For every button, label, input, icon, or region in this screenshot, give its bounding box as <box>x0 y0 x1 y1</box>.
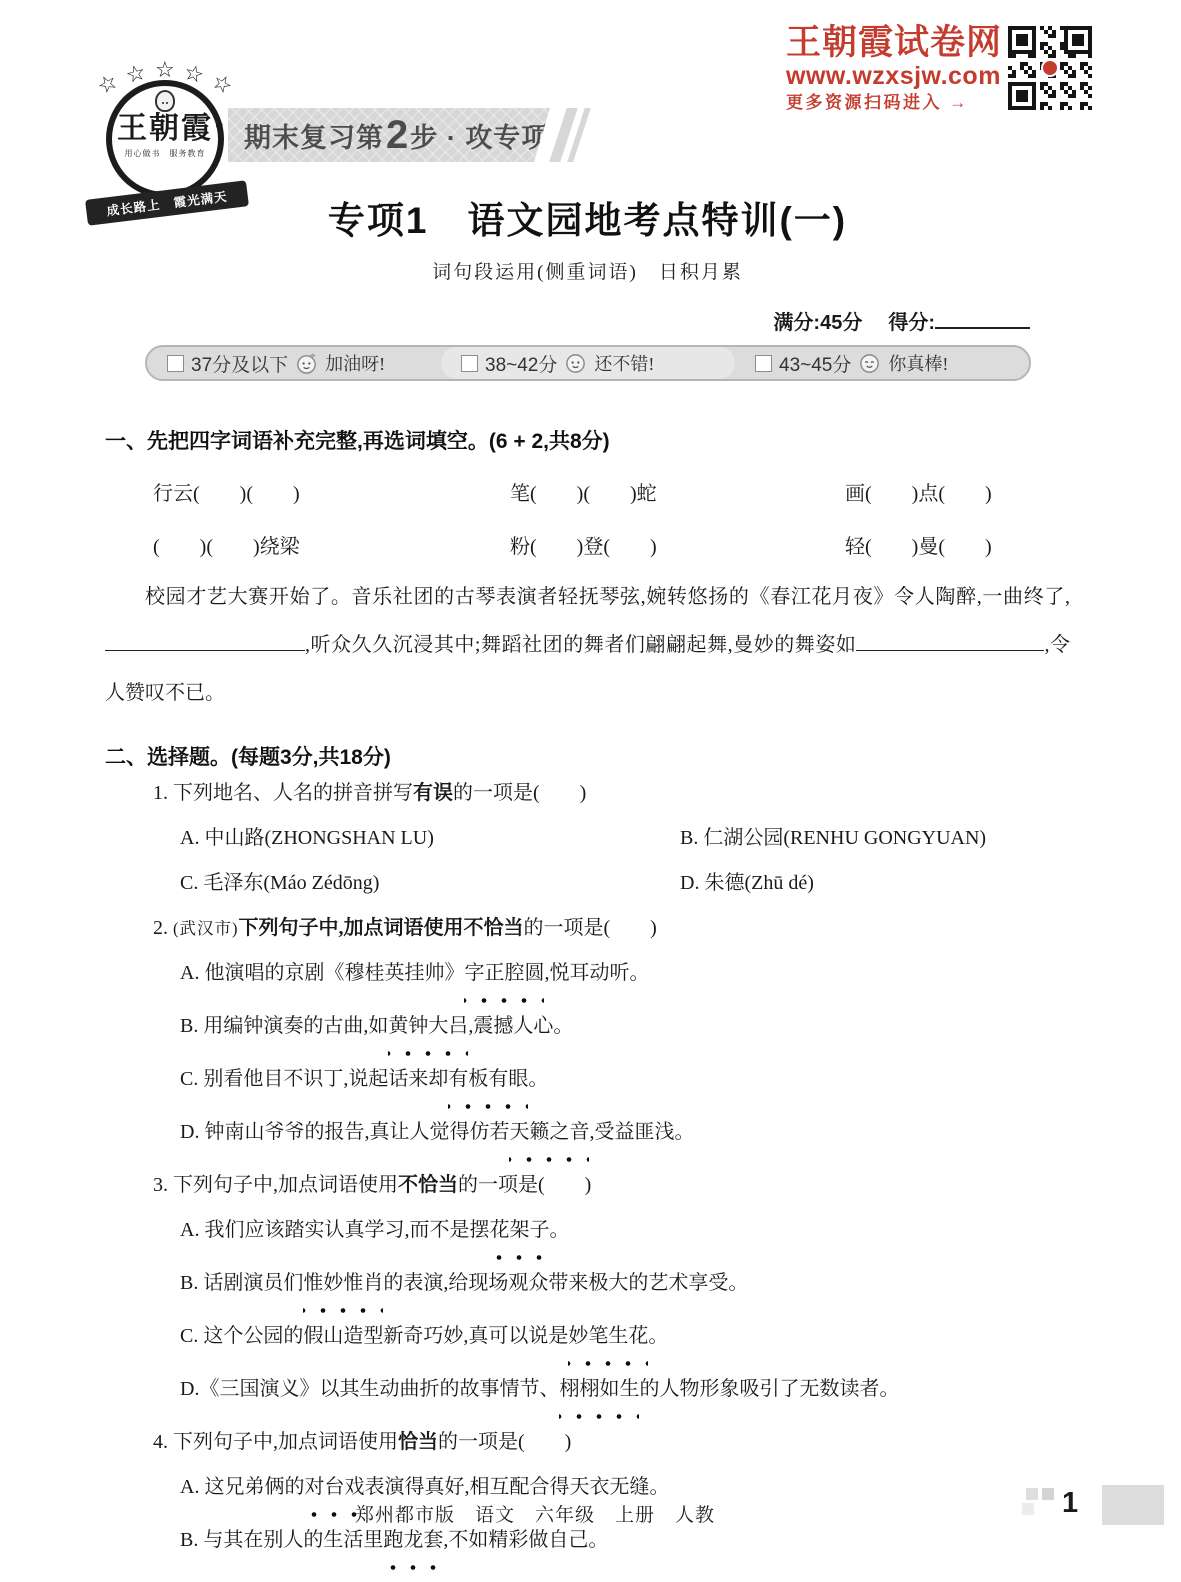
emphasized-word: 惟妙惟肖 <box>303 1261 383 1314</box>
question2-option-c[interactable]: C. 别看他目不识丁,说起话来却有板有眼。 <box>105 1057 1070 1110</box>
fill-slot[interactable]: 行云( )( ) <box>153 477 510 506</box>
option-text: 的人物形象吸引了无数读者。 <box>639 1378 899 1400</box>
option-text: ,不如精彩做自己。 <box>443 1529 608 1551</box>
tier-range: 38~42分 <box>485 350 557 377</box>
emphasized-word: 妙笔生花 <box>568 1314 648 1367</box>
option-label: A. <box>180 1219 199 1241</box>
question3-stem: 3. 下列句子中,加点词语使用不恰当的一项是( ) <box>105 1163 1070 1208</box>
section2-heading: 二、选择题。(每题3分,共18分) <box>105 741 1070 771</box>
pagenum-bar <box>1102 1485 1164 1525</box>
option-text: 。 <box>648 1325 668 1347</box>
option-text: 与其在别人的生活里 <box>198 1529 383 1551</box>
fill-paragraph: 校园才艺大赛开始了。音乐社团的古琴表演者轻抚琴弦,婉转悠扬的《春江花月夜》令人陶… <box>105 573 1070 717</box>
emphasized-word: 有板有眼 <box>448 1057 528 1110</box>
fill-slot[interactable]: 画( )点( ) <box>845 477 1070 506</box>
question1-options: A. 中山路(ZHONGSHAN LU) B. 仁湖公园(RENHU GONGY… <box>105 816 1070 906</box>
trademark-symbol: ® <box>216 111 225 143</box>
face-great-icon <box>858 352 881 375</box>
q-number: 2. <box>153 917 168 939</box>
option-text: 《三国演义》以其生动曲折的故事情节、 <box>199 1378 559 1400</box>
option-text: 钟南山爷爷的报告,真让人觉得仿若 <box>199 1121 509 1143</box>
step-banner-pre: 期末复习第 <box>244 116 384 155</box>
question3-option-b[interactable]: B. 话剧演员们惟妙惟肖的表演,给现场观众带来极大的艺术享受。 <box>105 1261 1070 1314</box>
step-banner-number: 2 <box>386 115 408 155</box>
score-tier-bar: 37分及以下 加油呀! 38~42分 还不错! 43~45分 你真棒! <box>145 345 1031 381</box>
tier-checkbox[interactable] <box>755 355 772 372</box>
face-ok-icon <box>564 352 587 375</box>
question1-stem: 1. 下列地名、人名的拼音拼写有误的一项是( ) <box>105 771 1070 816</box>
question3-option-a[interactable]: A. 我们应该踏实认真学习,而不是摆花架子。 <box>105 1208 1070 1261</box>
publisher-logo: ☆ ☆ ☆ ☆ ☆ 王朝霞® 用心做书 服务教育 成长路上 霞光满天 <box>92 56 242 212</box>
page-number: 1 <box>1062 1487 1078 1520</box>
q-number: 4. <box>153 1431 168 1453</box>
option-label: D. <box>180 1121 199 1143</box>
option-text: 。 <box>528 1068 548 1090</box>
stem-text: 的一项是( ) <box>524 917 657 939</box>
option-label: C. <box>180 1325 198 1347</box>
option-text: ,震撼人心。 <box>468 1015 573 1037</box>
option-label: C. <box>180 1068 198 1090</box>
paragraph-text: ,听众久久沉浸其中;舞蹈社团的舞者们翩翩起舞,曼妙的舞姿如 <box>305 634 856 656</box>
option-d[interactable]: D. 朱德(Zhū dé) <box>680 861 1070 906</box>
logo-tagline: 用心做书 服务教育 <box>125 148 206 159</box>
option-text: ,受益匪浅。 <box>589 1121 694 1143</box>
emphasized-word: 黄钟大吕 <box>388 1004 468 1057</box>
stem-bold: 恰当 <box>398 1431 438 1453</box>
emphasized-word: 字正腔圆 <box>464 951 544 1004</box>
question3-option-d[interactable]: D.《三国演义》以其生动曲折的故事情节、栩栩如生的人物形象吸引了无数读者。 <box>105 1367 1070 1420</box>
option-text: 表演得真好,相互配合得天衣无缝。 <box>364 1476 669 1498</box>
tier-checkbox[interactable] <box>461 355 478 372</box>
section1-heading: 一、先把四字词语补充完整,再选词填空。(6 + 2,共8分) <box>105 425 1070 455</box>
score-tier: 38~42分 还不错! <box>441 347 735 379</box>
option-b[interactable]: B. 仁湖公园(RENHU GONGYUAN) <box>680 816 1070 861</box>
site-note: 更多资源扫码进入 → <box>786 91 1011 115</box>
brand-name: 王朝霞 <box>117 112 213 145</box>
score-tier: 37分及以下 加油呀! <box>147 347 441 379</box>
q-number: 1. <box>153 782 168 804</box>
answer-blank[interactable] <box>856 631 1044 651</box>
score-line: 满分:45分得分: <box>105 306 1070 335</box>
score-tier: 43~45分 你真棒! <box>735 347 1029 379</box>
option-text: 别看他目不识丁,说起话来却 <box>198 1068 448 1090</box>
qr-code <box>1008 26 1092 110</box>
option-text: 。 <box>549 1219 569 1241</box>
option-text: ,悦耳动听。 <box>544 962 649 984</box>
qr-center-emblem-icon <box>1041 59 1059 77</box>
page-subtitle: 词句段运用(侧重词语) 日积月累 <box>105 257 1070 284</box>
site-info: 王朝霞试卷网 www.wzxsjw.com 更多资源扫码进入 → <box>786 24 1011 115</box>
option-text: 我们应该踏实认真学习,而不是摆 <box>199 1219 489 1241</box>
option-label: B. <box>180 1015 198 1037</box>
option-text: 的表演,给现场观众带来极大的艺术享受。 <box>383 1272 748 1294</box>
option-label: A. <box>180 1476 199 1498</box>
option-c[interactable]: C. 毛泽东(Máo Zédōng) <box>180 861 680 906</box>
tier-remark: 加油呀! <box>325 350 385 376</box>
tier-remark: 还不错! <box>594 350 654 376</box>
pagenum-decor-square <box>1042 1488 1054 1500</box>
question2-option-d[interactable]: D. 钟南山爷爷的报告,真让人觉得仿若天籁之音,受益匪浅。 <box>105 1110 1070 1163</box>
question-list: 1. 下列地名、人名的拼音拼写有误的一项是( ) A. 中山路(ZHONGSHA… <box>105 771 1070 1571</box>
question4-stem: 4. 下列句子中,加点词语使用恰当的一项是( ) <box>105 1420 1070 1465</box>
question3-option-c[interactable]: C. 这个公园的假山造型新奇巧妙,真可以说是妙笔生花。 <box>105 1314 1070 1367</box>
emphasized-word: 栩栩如生 <box>559 1367 639 1420</box>
option-label: B. <box>180 1529 198 1551</box>
option-text: 这个公园的假山造型新奇巧妙,真可以说是 <box>198 1325 568 1347</box>
tier-range: 43~45分 <box>779 350 851 377</box>
option-text: 这兄弟俩的 <box>199 1476 304 1498</box>
got-score-label: 得分: <box>888 312 935 334</box>
pagenum-decor-square <box>1026 1488 1038 1500</box>
source-tag: (武汉市) <box>173 919 239 938</box>
site-name: 王朝霞试卷网 <box>786 24 1011 61</box>
option-a[interactable]: A. 中山路(ZHONGSHAN LU) <box>180 816 680 861</box>
tier-checkbox[interactable] <box>167 355 184 372</box>
full-score-label: 满分:45分 <box>773 312 862 334</box>
fill-slot[interactable]: 笔( )( )蛇 <box>510 477 845 506</box>
star-icon: ☆ <box>207 69 237 101</box>
stem-text: 的一项是( ) <box>458 1174 591 1196</box>
fill-slot[interactable]: 轻( )曼( ) <box>845 530 1070 559</box>
worksheet-page: ☆ ☆ ☆ ☆ ☆ 王朝霞® 用心做书 服务教育 成长路上 霞光满天 期末复习第… <box>0 0 1181 1582</box>
stem-text: 的一项是( ) <box>438 1431 571 1453</box>
logo-circle: 王朝霞® 用心做书 服务教育 <box>106 80 224 198</box>
got-score-blank[interactable] <box>935 309 1030 329</box>
tier-remark: 你真棒! <box>888 350 948 376</box>
logo-brand-text: 王朝霞® <box>117 113 213 145</box>
main-column: 专项1 语文园地考点特训(一) 词句段运用(侧重词语) 日积月累 满分:45分得… <box>105 190 1070 1571</box>
stem-text: 下列句子中,加点词语使用 <box>173 1174 398 1196</box>
question2-stem: 2. (武汉市)下列句子中,加点词语使用不恰当的一项是( ) <box>105 906 1070 951</box>
option-label: B. <box>180 1272 198 1294</box>
question2-option-b[interactable]: B. 用编钟演奏的古曲,如黄钟大吕,震撼人心。 <box>105 1004 1070 1057</box>
stem-bold: 不恰当 <box>398 1174 458 1196</box>
option-label: D. <box>180 1378 199 1400</box>
option-label: A. <box>180 962 199 984</box>
stem-text: 下列地名、人名的拼音拼写 <box>173 782 413 804</box>
stem-bold: 不恰当 <box>464 917 524 939</box>
fill-slot[interactable]: 粉( )登( ) <box>510 530 845 559</box>
emphasized-word: 天籁之音 <box>509 1110 589 1163</box>
option-text: 他演唱的京剧《穆桂英挂帅》 <box>199 962 464 984</box>
emphasized-word: 花架子 <box>489 1208 549 1261</box>
option-text: 用编钟演奏的古曲,如 <box>198 1015 388 1037</box>
site-url: www.wzxsjw.com <box>786 61 1011 91</box>
step-banner-post: 步 · 攻专项 <box>410 116 549 155</box>
pagenum-decor-square <box>1022 1503 1034 1515</box>
star-icon: ☆ <box>93 69 123 101</box>
answer-blank[interactable] <box>105 631 305 651</box>
stem-text: 下列句子中,加点词语使用 <box>173 1431 398 1453</box>
step-banner: 期末复习第 2 步 · 攻专项 <box>228 108 550 162</box>
paragraph-text: 校园才艺大赛开始了。音乐社团的古琴表演者轻抚琴弦,婉转悠扬的《春江花月夜》令人陶… <box>145 586 1070 608</box>
tier-range: 37分及以下 <box>191 350 288 377</box>
stem-bold: 有误 <box>413 782 453 804</box>
q-number: 3. <box>153 1174 168 1196</box>
fill-slot[interactable]: ( )( )绕梁 <box>153 530 510 559</box>
face-cheer-icon <box>295 352 318 375</box>
footer-edition: 郑州都市版 语文 六年级 上册 人教 <box>185 1500 885 1527</box>
stem-text: 的一项是( ) <box>453 782 586 804</box>
page-title: 专项1 语文园地考点特训(一) <box>105 190 1070 244</box>
question2-option-a[interactable]: A. 他演唱的京剧《穆桂英挂帅》字正腔圆,悦耳动听。 <box>105 951 1070 1004</box>
fill-word-grid: 行云( )( ) 笔( )( )蛇 画( )点( ) ( )( )绕梁 粉( )… <box>105 477 1070 559</box>
portrait-icon <box>155 90 175 112</box>
stem-text: 下列句子中,加点词语使用 <box>239 917 464 939</box>
option-text: 话剧演员们 <box>198 1272 303 1294</box>
